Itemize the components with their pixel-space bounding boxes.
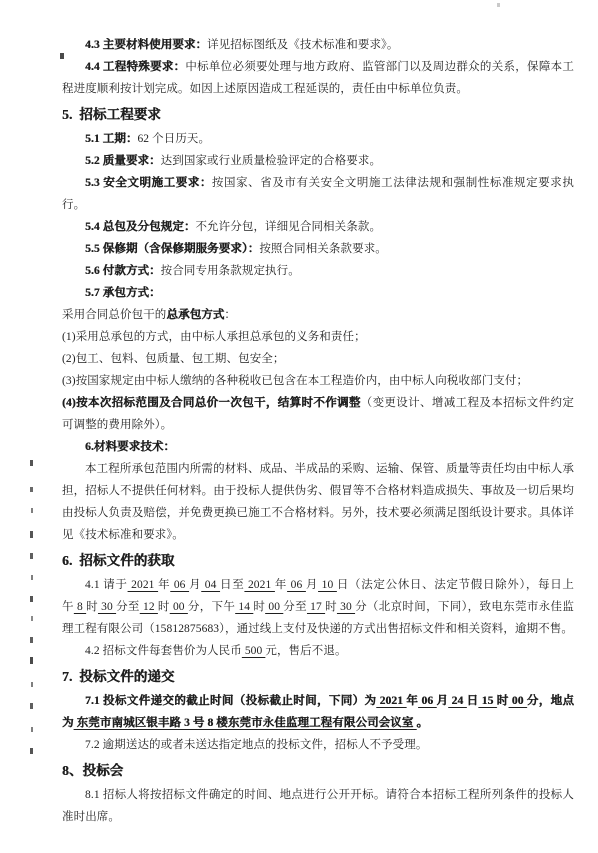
text-run: ： xyxy=(224,309,236,321)
text-run: 8 xyxy=(74,601,86,613)
scan-artifact xyxy=(30,531,33,538)
text-run: 14 xyxy=(235,601,253,613)
paragraph: 4.3 主要材料使用要求：详见招标图纸及《技术标准和要求》。 xyxy=(62,34,574,56)
paragraph: 本工程所承包范围内所需的材料、成品、半成品的采购、运输、保管、质量等责任均由中标… xyxy=(62,458,574,546)
text-run: 2021 xyxy=(244,579,275,591)
paragraph: 4.1 请于 2021 年 06 月 04 日至 2021 年 06 月 10 … xyxy=(62,574,574,640)
text-run: 6.材料要求技术： xyxy=(85,441,175,453)
text-run: 时 xyxy=(253,601,265,613)
paragraph: 5.2 质量要求：达到国家或行业质量检验评定的合格要求。 xyxy=(62,150,574,172)
text-run: 00 xyxy=(265,601,283,613)
text-run: 06 xyxy=(418,695,436,707)
paragraph: (3)按国家规定由中标人缴纳的各种税收已包含在本工程造价内，由中标人向税收部门支… xyxy=(62,370,574,392)
text-run: 月 xyxy=(306,579,318,591)
scan-artifact xyxy=(31,575,33,580)
text-run: 月 xyxy=(436,695,448,707)
text-run: 东莞市南城区银丰路 3 号 8 楼东莞市永佳监理工程有限公司会议室 xyxy=(74,717,417,729)
text-run: 24 xyxy=(448,695,466,707)
paragraph: 6.材料要求技术： xyxy=(62,436,574,458)
text-run: 年 xyxy=(406,695,418,707)
text-run: 500 xyxy=(242,645,266,657)
section-heading: 7. 投标文件的递交 xyxy=(62,665,574,688)
section-heading: 6. 招标文件的获取 xyxy=(62,549,574,572)
text-run: 不允许分包，详细见合同相关条款。 xyxy=(195,221,381,233)
text-run: 2021 xyxy=(128,579,159,591)
text-run: 8.1 招标人将按招标文件确定的时间、地点进行公开开标。请符合本招标工程所列条件… xyxy=(62,789,574,823)
scan-artifact xyxy=(31,508,33,513)
scan-artifact xyxy=(30,553,33,559)
text-run: 5.4 总包及分包规定： xyxy=(85,221,195,233)
text-run: (3)按国家规定由中标人缴纳的各种税收已包含在本工程造价内，由中标人向税收部门支… xyxy=(62,375,528,387)
text-run: 62 个日历天。 xyxy=(137,133,210,145)
scan-artifact xyxy=(30,637,33,643)
text-run: 4.2 招标文件每套售价为人民币 xyxy=(85,645,242,657)
scan-artifact xyxy=(31,616,33,621)
text-run: 2021 xyxy=(376,695,406,707)
scan-artifact xyxy=(30,748,33,754)
text-run: 。 xyxy=(416,717,428,729)
text-run: 5.5 保修期（含保修期服务要求）： xyxy=(85,243,259,255)
text-run: 月 xyxy=(189,579,201,591)
text-run: 总承包方式 xyxy=(166,309,224,321)
paragraph: 7.1 投标文件递交的截止时间（投标截止时间，下同）为 2021 年 06 月 … xyxy=(62,690,574,734)
text-run: 年 xyxy=(158,579,170,591)
paragraph: 5.6 付款方式：按合同专用条款规定执行。 xyxy=(62,260,574,282)
text-run: 分至 xyxy=(116,601,140,613)
text-run: 按合同专用条款规定执行。 xyxy=(161,265,300,277)
scan-artifact xyxy=(31,727,33,732)
scan-artifact xyxy=(60,53,64,59)
text-run: 5.6 付款方式： xyxy=(85,265,161,277)
text-run: 04 xyxy=(201,579,220,591)
paragraph: 4.4 工程特殊要求：中标单位必须要处理与地方政府、监管部门以及周边群众的关系，… xyxy=(62,56,574,100)
text-run: 时 xyxy=(497,695,509,707)
scan-artifact xyxy=(30,703,33,709)
text-run: 5.1 工期： xyxy=(85,133,137,145)
text-run: 7. 投标文件的递交 xyxy=(62,669,174,684)
text-run: 本工程所承包范围内所需的材料、成品、半成品的采购、运输、保管、质量等责任均由中标… xyxy=(62,463,574,541)
text-run: 日 xyxy=(466,695,478,707)
text-run: 时 xyxy=(325,601,337,613)
text-run: 年 xyxy=(275,579,287,591)
section-heading: 8、投标会 xyxy=(62,759,574,782)
scan-artifact xyxy=(30,657,33,664)
text-run: 5. 招标工程要求 xyxy=(62,107,161,122)
document-page: 4.3 主要材料使用要求：详见招标图纸及《技术标准和要求》。4.4 工程特殊要求… xyxy=(0,0,598,853)
text-run: 4.3 主要材料使用要求： xyxy=(85,39,207,51)
paragraph: 4.2 招标文件每套售价为人民币 500 元，售后不退。 xyxy=(62,640,574,662)
paragraph: 5.1 工期：62 个日历天。 xyxy=(62,128,574,150)
text-run: (4)按本次招标范围及合同总价一次包干，结算时不作调整 xyxy=(62,397,361,409)
text-run: 4.4 工程特殊要求： xyxy=(85,61,185,73)
text-run: 00 xyxy=(509,695,527,707)
text-run: (1)采用总承包的方式，由中标人承担总承包的义务和责任； xyxy=(62,331,366,343)
paragraph: (2)包工、包料、包质量、包工期、包安全； xyxy=(62,348,574,370)
paragraph: 5.3 安全文明施工要求：按国家、省及市有关安全文明施工法律法规和强制性标准规定… xyxy=(62,172,574,216)
scan-artifact xyxy=(497,3,500,7)
paragraph: (1)采用总承包的方式，由中标人承担总承包的义务和责任； xyxy=(62,326,574,348)
text-run: 4.1 请于 xyxy=(85,579,128,591)
text-run: 分至 xyxy=(283,601,307,613)
text-run: 分，下午 xyxy=(188,601,235,613)
text-run: 日至 xyxy=(220,579,244,591)
section-heading: 5. 招标工程要求 xyxy=(62,103,574,126)
text-run: 5.7 承包方式： xyxy=(85,287,161,299)
text-run: 7.1 投标文件递交的截止时间（投标截止时间，下同）为 xyxy=(85,695,376,707)
text-run: 5.3 安全文明施工要求： xyxy=(85,177,212,189)
paragraph: 7.2 逾期送达的或者未送达指定地点的投标文件，招标人不予受理。 xyxy=(62,734,574,756)
document-body: 4.3 主要材料使用要求：详见招标图纸及《技术标准和要求》。4.4 工程特殊要求… xyxy=(62,34,574,828)
text-run: 详见招标图纸及《技术标准和要求》。 xyxy=(207,39,398,51)
text-run: 12 xyxy=(140,601,158,613)
paragraph: 5.5 保修期（含保修期服务要求）：按照合同相关条款要求。 xyxy=(62,238,574,260)
text-run: 元，售后不退。 xyxy=(265,645,346,657)
text-run: 00 xyxy=(170,601,188,613)
text-run: 按照合同相关条款要求。 xyxy=(259,243,387,255)
text-run: 时 xyxy=(86,601,98,613)
text-run: 06 xyxy=(170,579,189,591)
scan-artifact xyxy=(30,487,33,492)
text-run: 10 xyxy=(318,579,337,591)
paragraph: 5.4 总包及分包规定：不允许分包，详细见合同相关条款。 xyxy=(62,216,574,238)
text-run: (2)包工、包料、包质量、包工期、包安全； xyxy=(62,353,285,365)
text-run: 15 xyxy=(478,695,496,707)
text-run: 采用合同总价包干的 xyxy=(62,309,166,321)
text-run: 时 xyxy=(158,601,170,613)
text-run: 达到国家或行业质量检验评定的合格要求。 xyxy=(161,155,381,167)
scan-artifact xyxy=(30,596,33,602)
paragraph: 采用合同总价包干的总承包方式： xyxy=(62,304,574,326)
paragraph: (4)按本次招标范围及合同总价一次包干，结算时不作调整（变更设计、增减工程及本招… xyxy=(62,392,574,436)
text-run: 8、投标会 xyxy=(62,763,123,778)
text-run: 30 xyxy=(337,601,355,613)
text-run: 6. 招标文件的获取 xyxy=(62,553,174,568)
paragraph: 8.1 招标人将按招标文件确定的时间、地点进行公开开标。请符合本招标工程所列条件… xyxy=(62,784,574,828)
text-run: 17 xyxy=(307,601,325,613)
text-run: 06 xyxy=(287,579,306,591)
scan-artifact xyxy=(30,460,33,466)
scan-artifact xyxy=(31,682,33,687)
text-run: 7.2 逾期送达的或者未送达指定地点的投标文件，招标人不予受理。 xyxy=(85,739,427,751)
paragraph: 5.7 承包方式： xyxy=(62,282,574,304)
text-run: 5.2 质量要求： xyxy=(85,155,161,167)
text-run: 30 xyxy=(98,601,116,613)
